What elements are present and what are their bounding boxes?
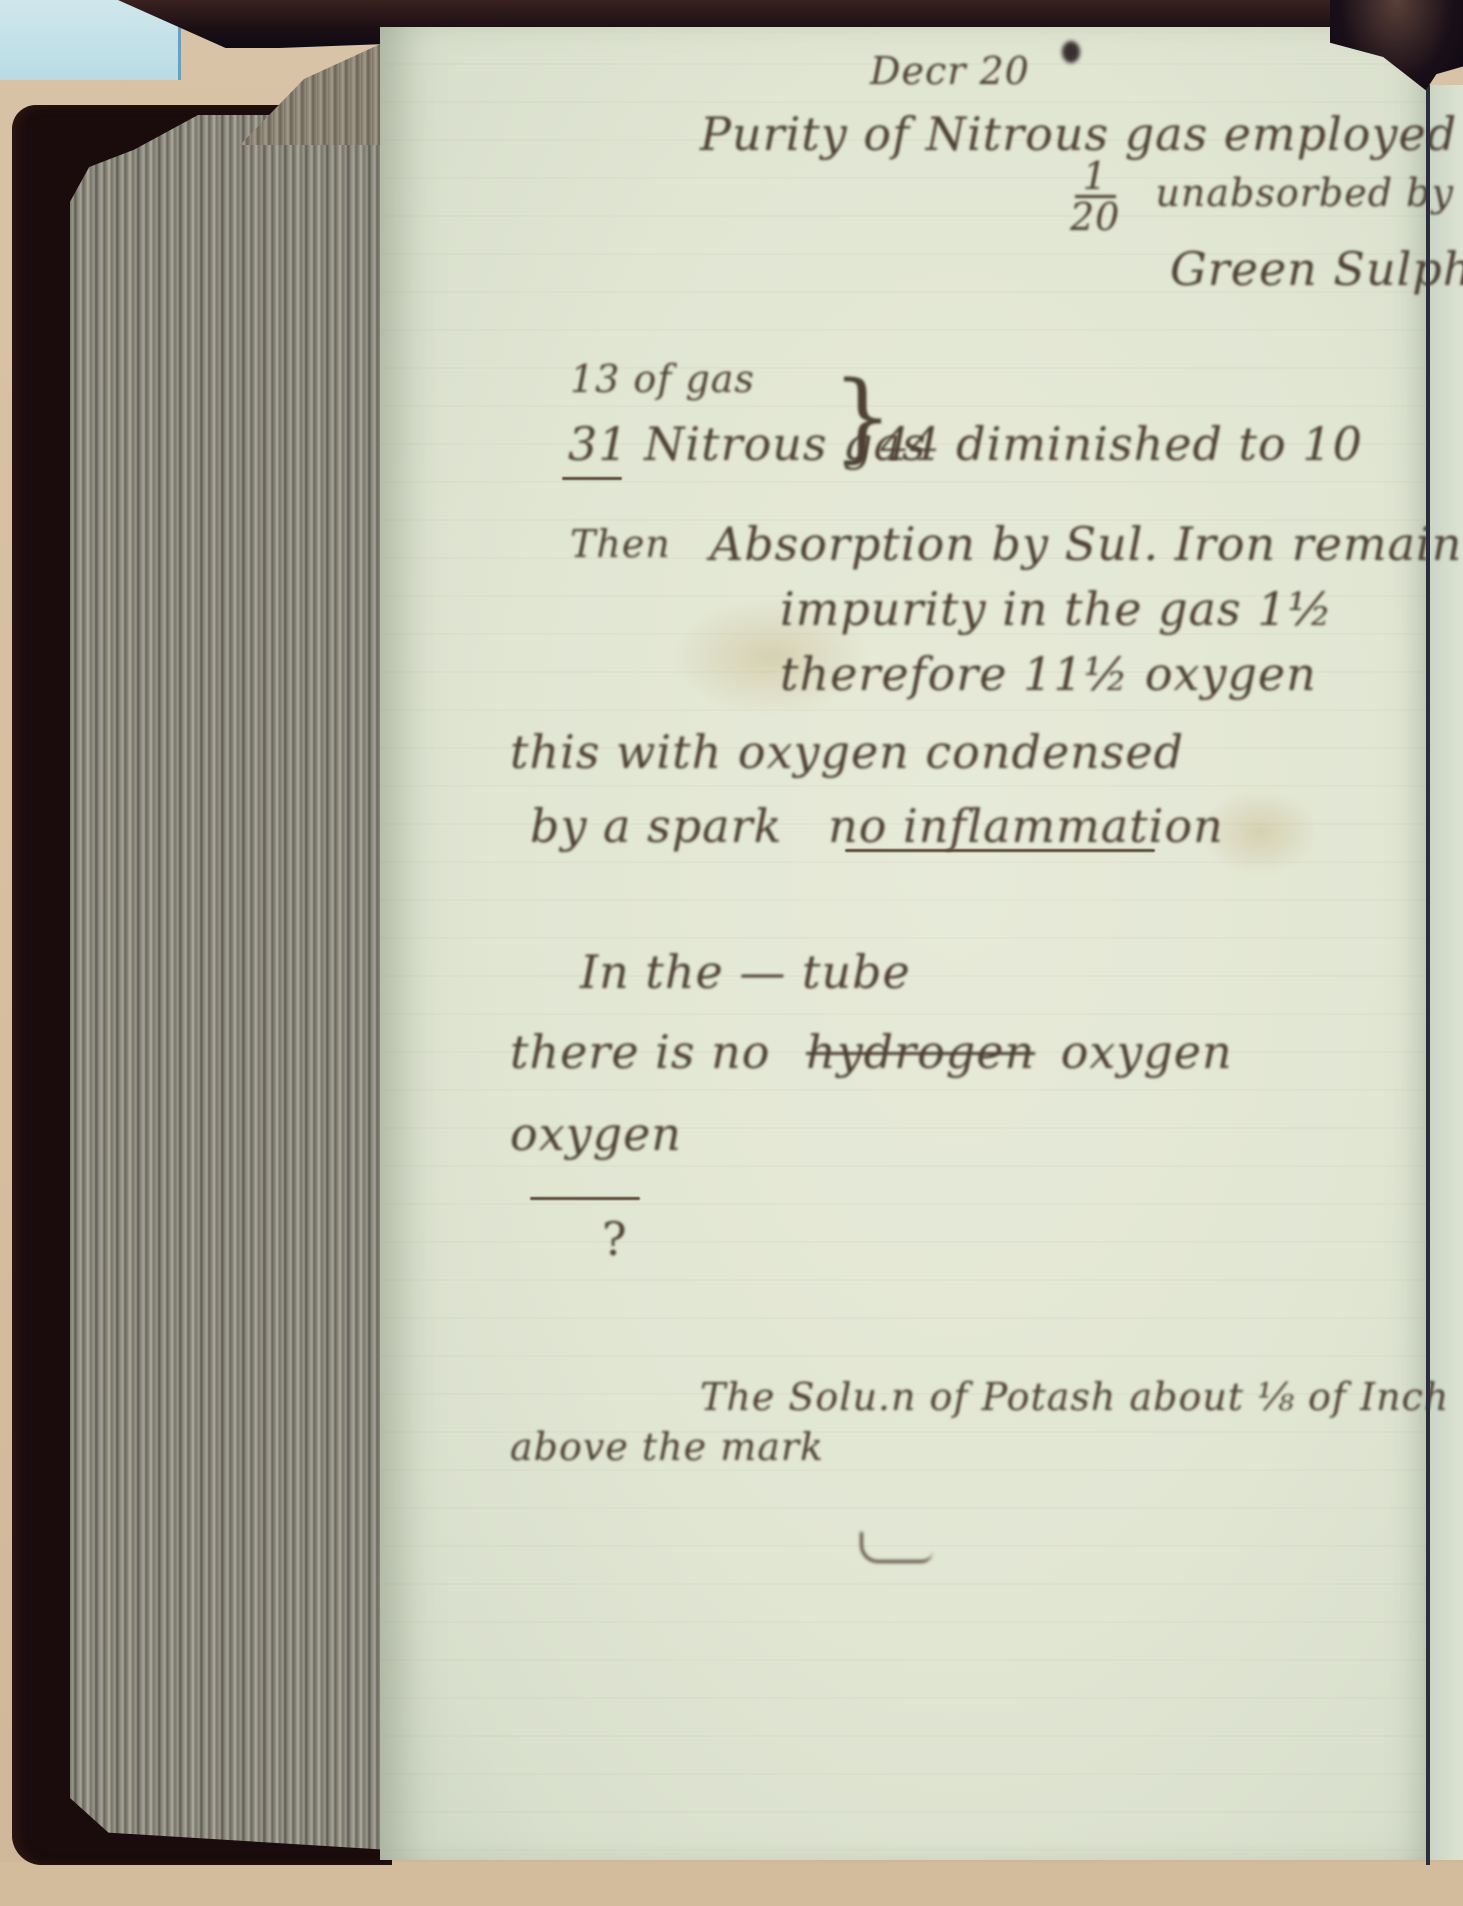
page-block-fore-edge xyxy=(70,115,390,1850)
condensed-line-2: by a spark no inflammation xyxy=(530,799,1224,853)
book-gutter xyxy=(1426,85,1430,1865)
ink-blot xyxy=(1062,41,1080,63)
header-line-purity: Purity of Nitrous gas employed xyxy=(700,107,1457,161)
closing-flourish xyxy=(860,1532,933,1563)
facing-page-edge xyxy=(1430,85,1463,1860)
no-inflammation-underline xyxy=(845,849,1155,852)
absorption-line-1: Absorption by Sul. Iron remain 3 xyxy=(710,517,1463,571)
footer-line-mark: above the mark xyxy=(510,1425,824,1469)
absorption-line-2: impurity in the gas 1½ xyxy=(780,582,1333,636)
tube-rule xyxy=(530,1197,640,1200)
absorption-line-3: therefore 11½ oxygen xyxy=(780,647,1317,701)
tube-line-3: oxygen xyxy=(510,1107,682,1161)
page-block-top-edge xyxy=(240,35,400,145)
footer-line-potash: The Solu.n of Potash about ⅛ of Inch xyxy=(700,1375,1449,1419)
fraction-one-twentieth: 1 20 xyxy=(1070,157,1120,236)
query-mark: ? xyxy=(602,1212,628,1266)
header-line-unabsorbed: 1 20 unabsorbed by xyxy=(1070,157,1454,236)
calc-underline xyxy=(562,477,622,480)
condensed-line-1: this with oxygen condensed xyxy=(510,725,1184,779)
entry-date: Decr 20 xyxy=(870,49,1030,93)
calc-row-diminished: 44 diminished to 10 xyxy=(880,417,1363,471)
header-line-green-sulphate: Green Sulph.t Iron xyxy=(1170,242,1463,296)
struck-word: hydrogen xyxy=(806,1025,1035,1079)
tube-line-1: In the — tube xyxy=(580,945,911,999)
absorption-label-then: Then xyxy=(570,522,671,566)
calc-row-gas: 13 of gas xyxy=(570,357,755,401)
table-surface xyxy=(0,1862,1463,1906)
notebook-page: Decr 20 Purity of Nitrous gas employed 1… xyxy=(380,27,1430,1860)
tube-line-2: there is no hydrogen oxygen xyxy=(510,1025,1233,1079)
